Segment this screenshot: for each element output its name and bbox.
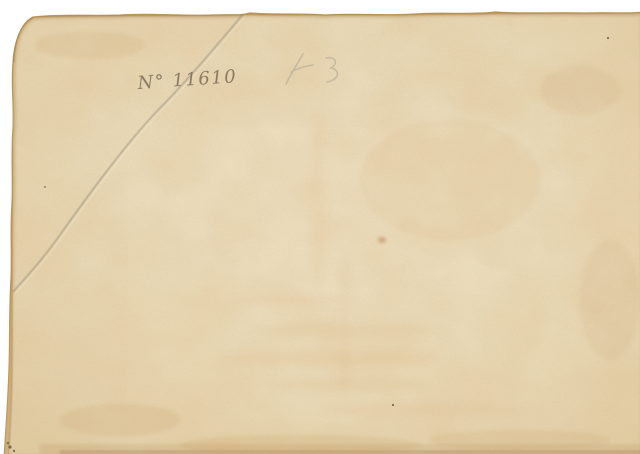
scanned-paper-photo: N° 11610: [0, 0, 640, 454]
paper-scan-svg: N° 11610: [0, 0, 640, 454]
